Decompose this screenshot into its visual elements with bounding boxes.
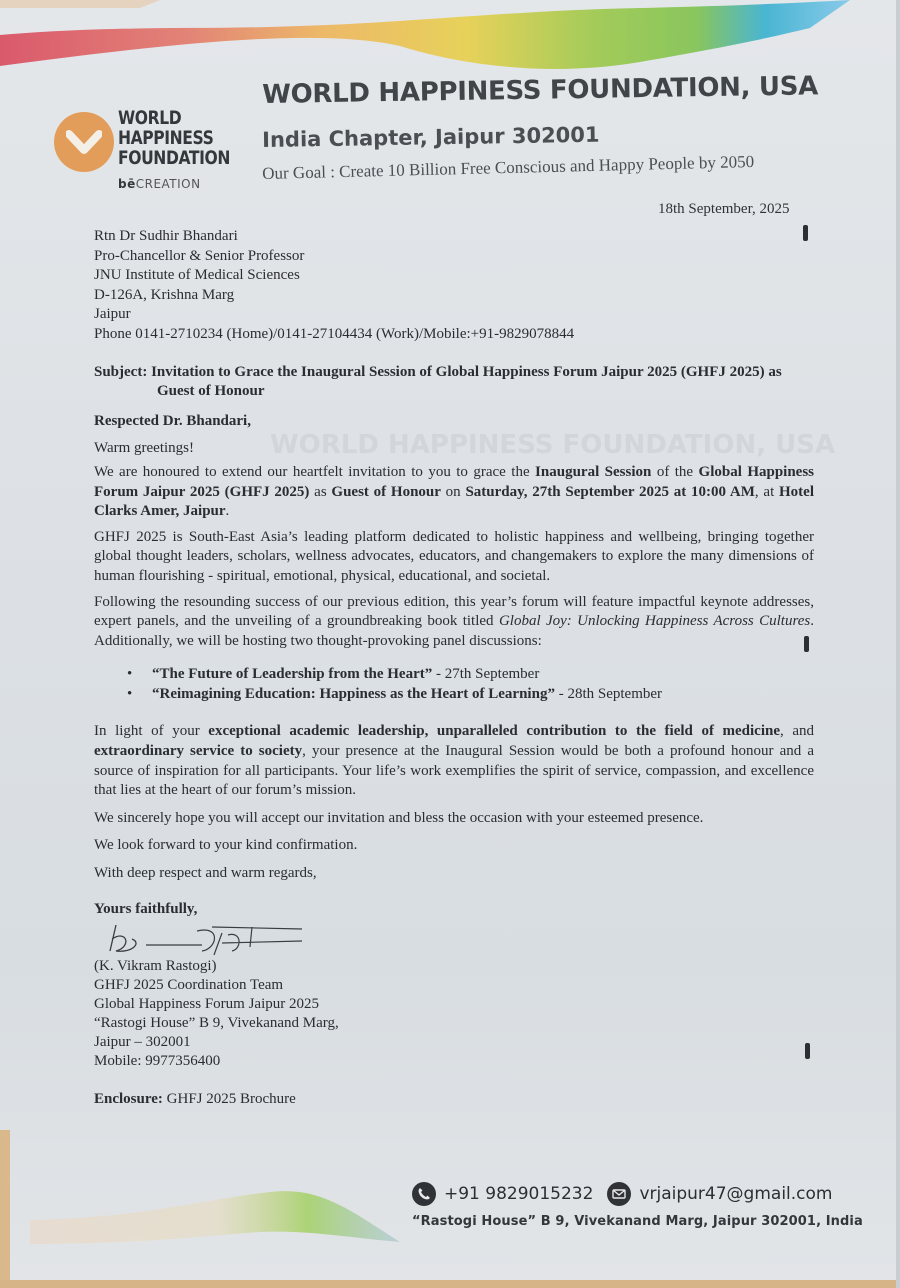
- paper-edge: [896, 0, 900, 1288]
- letter-date: 18th September, 2025: [658, 201, 789, 218]
- paragraph-about-ghfj: GHFJ 2025 is South-East Asia’s leading p…: [94, 528, 814, 587]
- mail-icon: [607, 1182, 631, 1206]
- logo-subbrand: bēCREATION: [118, 177, 201, 191]
- footer-phone[interactable]: +91 9829015232: [444, 1184, 593, 1204]
- list-item: “The Future of Leadership from the Heart…: [152, 665, 814, 685]
- enclosure-note: Enclosure: GHFJ 2025 Brochure: [94, 1090, 814, 1110]
- punch-mark: [805, 1043, 810, 1059]
- salutation: Respected Dr. Bhandari,: [94, 412, 814, 432]
- list-item: “Reimagining Education: Happiness as the…: [152, 685, 814, 705]
- signer-details: (K. Vikram Rastogi) GHFJ 2025 Coordinati…: [94, 957, 814, 1071]
- letter-body: Rtn Dr Sudhir Bhandari Pro-Chancellor & …: [94, 227, 814, 1110]
- paragraph-invitation: We are honoured to extend our heartfelt …: [94, 463, 814, 522]
- subject-line: Subject: Invitation to Grace the Inaugur…: [94, 363, 814, 402]
- phone-icon: [412, 1182, 436, 1206]
- punch-mark: [804, 636, 809, 652]
- punch-mark: [803, 225, 808, 241]
- letter-page: WORLD HAPPINESS FOUNDATION, USA WORLD HA…: [0, 0, 900, 1288]
- letterhead-goal: Our Goal : Create 10 Billion Free Consci…: [262, 152, 754, 184]
- footer-email[interactable]: vrjaipur47@gmail.com: [639, 1184, 832, 1204]
- paragraph-regards: With deep respect and warm regards,: [94, 864, 814, 884]
- logo-wordmark: WORLD HAPPINESS FOUNDATION: [118, 108, 257, 168]
- paragraph-recognition: In light of your exceptional academic le…: [94, 722, 814, 800]
- footer-address: “Rastogi House” B 9, Vivekanand Marg, Ja…: [412, 1214, 863, 1229]
- table-surface-edge: [0, 1130, 10, 1288]
- table-surface-edge: [0, 1280, 900, 1288]
- letter-footer: +91 9829015232 vrjaipur47@gmail.com “Ras…: [412, 1182, 863, 1229]
- letterhead-subtitle: India Chapter, Jaipur 302001: [262, 123, 600, 152]
- bottom-wave-decoration: [20, 1180, 420, 1260]
- heart-chevron-icon: [54, 112, 114, 172]
- paragraph-program: Following the resounding success of our …: [94, 593, 814, 652]
- greeting: Warm greetings!: [94, 439, 814, 459]
- paragraph-confirmation: We look forward to your kind confirmatio…: [94, 836, 814, 856]
- closing: Yours faithfully,: [94, 900, 814, 920]
- paragraph-hope: We sincerely hope you will accept our in…: [94, 809, 814, 829]
- panel-discussion-list: “The Future of Leadership from the Heart…: [94, 665, 814, 704]
- recipient-address: Rtn Dr Sudhir Bhandari Pro-Chancellor & …: [94, 227, 814, 345]
- handwritten-signature: [94, 921, 814, 957]
